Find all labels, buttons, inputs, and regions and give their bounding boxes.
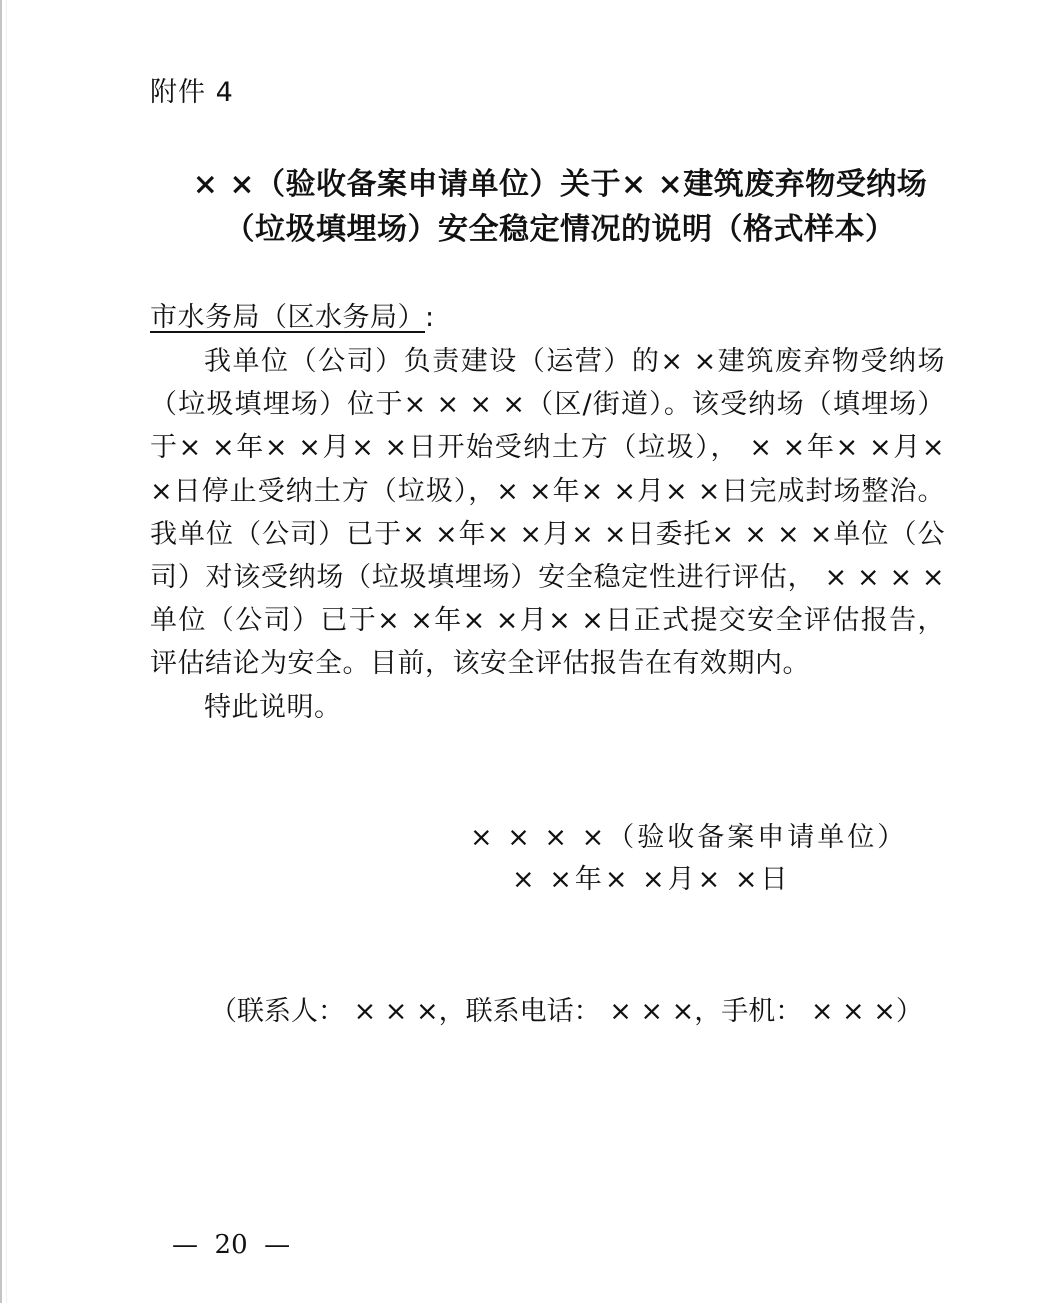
closing-statement: 特此说明。 — [204, 690, 945, 726]
signature-unit: × × × ×（验收备案申请单位） — [470, 820, 907, 856]
signature-date: × ×年× ×月× ×日 — [512, 862, 791, 898]
body-line: 于× ×年× ×月× ×日开始受纳土方（垃圾）， × ×年× ×月× — [150, 430, 945, 466]
body-line: （垃圾填埋场）位于× × × ×（区/街道）。该受纳场（填埋场） — [150, 387, 945, 423]
body-line: 单位（公司）已于× ×年× ×月× ×日正式提交安全评估报告， — [150, 603, 945, 639]
document-title-line-2: （垃圾填埋场）安全稳定情况的说明（格式样本） — [120, 211, 1000, 249]
attachment-label: 附件 4 — [150, 76, 234, 110]
body-line: ×日停止受纳土方（垃圾），× ×年× ×月× ×日完成封场整治。 — [150, 474, 945, 510]
body-line: 我单位（公司）负责建设（运营）的× ×建筑废弃物受纳场 — [204, 344, 945, 380]
body-line: 司）对该受纳场（垃圾填埋场）安全稳定性进行评估， × × × × — [150, 560, 945, 596]
recipient-name: 市水务局（区水务局） — [150, 302, 425, 333]
page-edge-shadow — [6, 0, 7, 1303]
body-line: 评估结论为安全。目前，该安全评估报告在有效期内。 — [150, 646, 945, 682]
page-number: — 20 — — [172, 1229, 290, 1261]
document-title-line-1: × ×（验收备案申请单位）关于× ×建筑废弃物受纳场 — [120, 166, 1000, 204]
contact-info: （联系人： × × ×，联系电话： × × ×，手机： × × ×） — [210, 994, 915, 1030]
body-line: 我单位（公司）已于× ×年× ×月× ×日委托× × × ×单位（公 — [150, 517, 945, 553]
recipient: 市水务局（区水务局）: — [150, 300, 435, 336]
recipient-colon: : — [425, 302, 435, 333]
page-edge — [0, 0, 2, 1303]
